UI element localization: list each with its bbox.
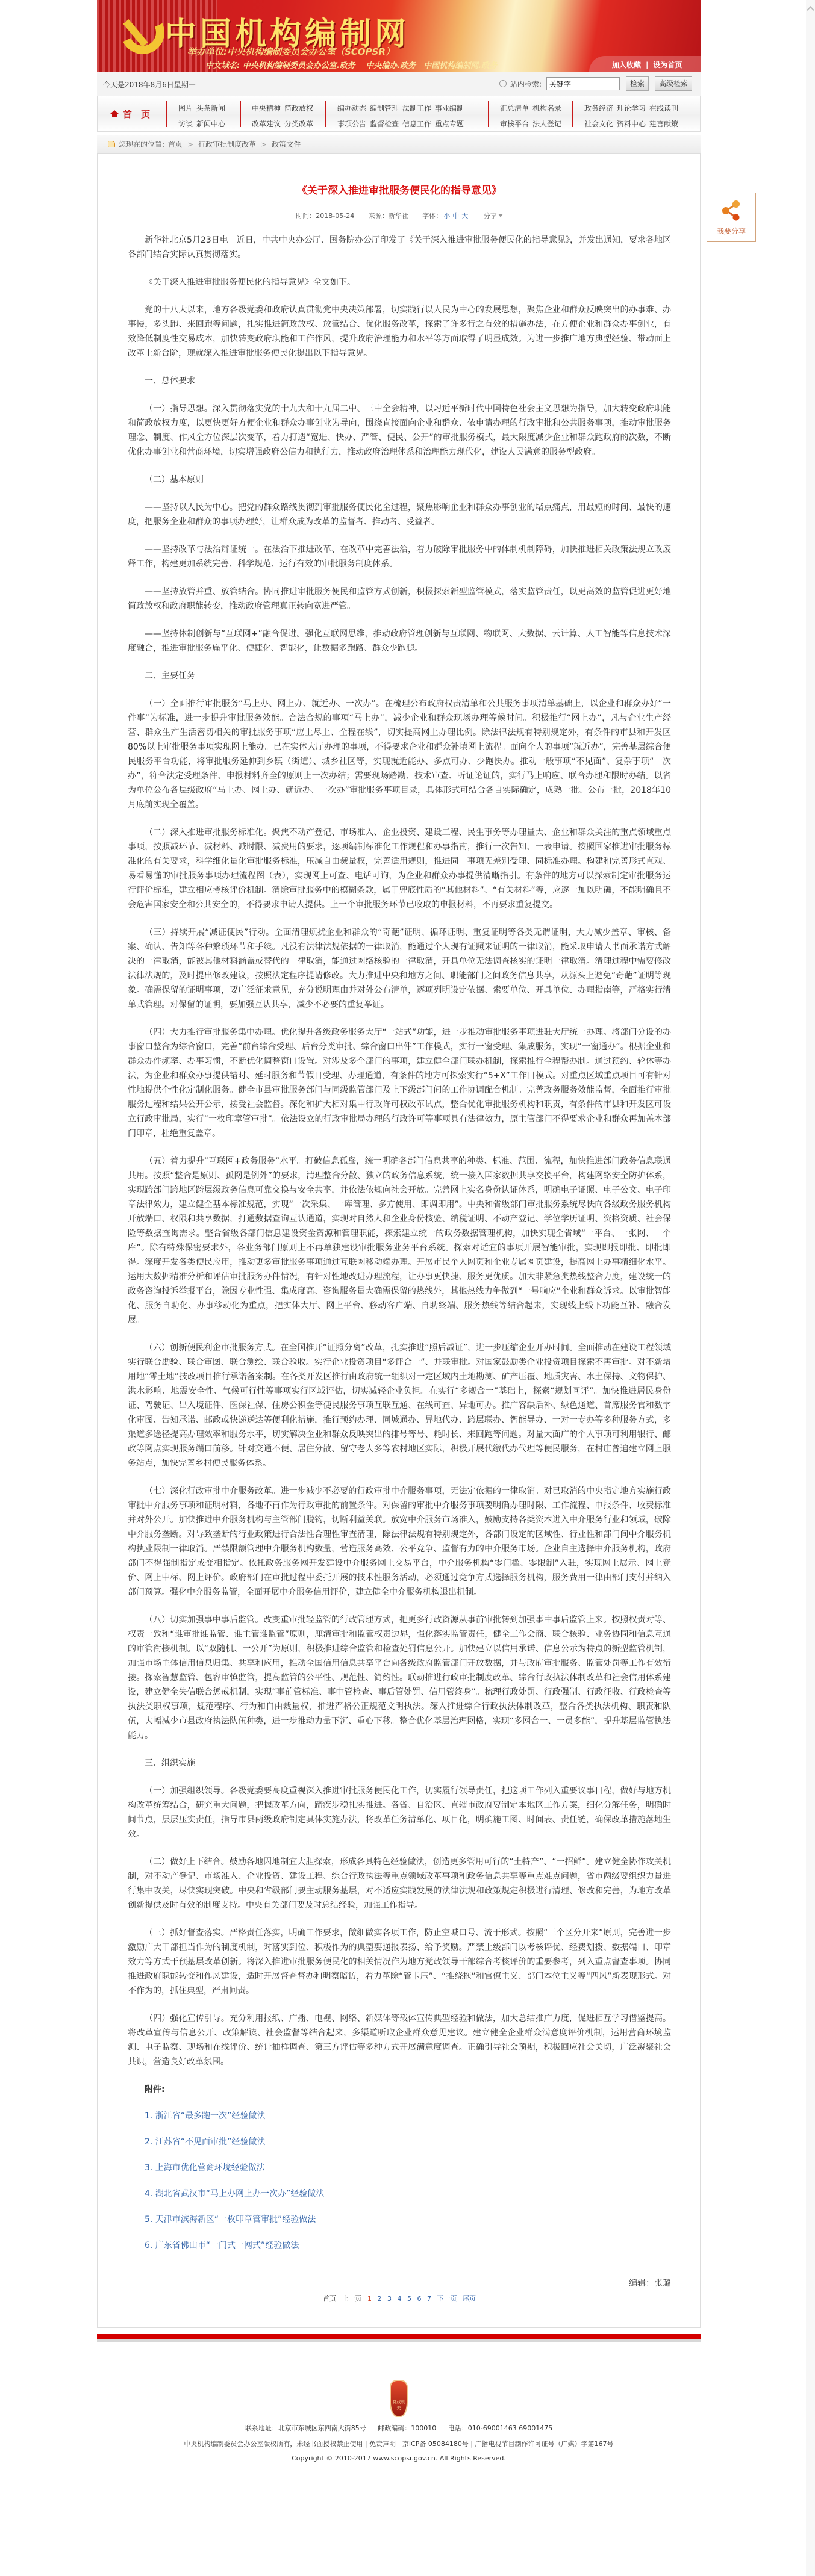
paragraph: （一）指导思想。深入贯彻落实党的十九大和十九届二中、三中全会精神，以习近平新时代…	[128, 402, 671, 459]
paragraph: （二）深入推进审批服务标准化。聚焦不动产登记、市场准入、企业投资、建设工程、民生…	[128, 825, 671, 912]
nav-item[interactable]: 在线读刊	[649, 103, 678, 113]
paragraph: （八）切实加强事中事后监管。改变重审批轻监管的行政管理方式，把更多行政资源从事前…	[128, 1613, 671, 1743]
breadcrumb-category[interactable]: 行政审批制度改革	[198, 139, 256, 149]
search-button[interactable]: 检索	[626, 76, 649, 91]
share-float-button[interactable]: 我要分享	[707, 193, 756, 242]
footer-red-bar	[97, 2334, 701, 2339]
section-heading: 二、主要任务	[128, 669, 671, 683]
nav-item[interactable]: 社会文化	[584, 119, 613, 129]
share-icon	[719, 199, 743, 222]
nav-item[interactable]: 图片	[178, 103, 193, 113]
share-label: 我要分享	[707, 226, 755, 236]
nav-item[interactable]: 事业编制	[435, 103, 464, 113]
paragraph: 新华社北京5月23日电 近日，中共中央办公厅、国务院办公厅印发了《关于深入推进审…	[128, 233, 671, 262]
set-homepage-link[interactable]: 设为首页	[653, 61, 682, 69]
nav-group-5: 政务经济理论学习在线读刊 社会文化资料中心建言献策	[572, 101, 687, 127]
main-nav: 首 页 图片头条新闻 访谈新闻中心 中央精神简政放权 改革建议分类改革 编办动态…	[97, 96, 701, 132]
attachment-item: 4. 湖北省武汉市“马上办网上办一次办”经验做法	[128, 2186, 671, 2201]
site-search: 站内检索: 检索 高级检索	[499, 76, 692, 91]
search-input[interactable]	[546, 77, 620, 90]
nav-item[interactable]: 监督检查	[370, 119, 399, 129]
paragraph: （三）抓好督查落实。严格责任落实，明确工作要求，做细做实各项工作，防止空喊口号、…	[128, 1926, 671, 1998]
section-heading: 三、组织实施	[128, 1756, 671, 1771]
paragraph: （二）做好上下结合。鼓励各地因地制宜大胆探索，形成各具特色经验做法，创造更多管用…	[128, 1855, 671, 1913]
footer: 党政机关 联系地址：北京市东城区东四南大街85号 邮政编码：100010 电话：…	[97, 2380, 701, 2462]
attachment-link-6[interactable]: 6. 广东省佛山市“一门式一网式”经验做法	[145, 2241, 299, 2250]
font-medium[interactable]: 中	[452, 212, 459, 220]
scroll-up-icon[interactable]	[807, 6, 814, 14]
breadcrumb: 您现在的位置: 首页 > 行政审批制度改革 > 政策文件	[97, 135, 701, 154]
font-label: 字体：	[422, 212, 442, 220]
article-box: 《关于深入推进审批服务便民化的指导意见》 时间：2018-05-24 来源：新华…	[97, 154, 701, 2328]
footer-rights: 中央机构编制委员会办公室版权所有，未经书面授权禁止使用 | 免责声明 | 京IC…	[97, 2439, 701, 2448]
subsection-heading: （二）基本原则	[128, 473, 671, 487]
page-scrollbar[interactable]	[806, 0, 815, 2576]
footer-address: 联系地址：北京市东城区东四南大街85号	[245, 2424, 366, 2432]
font-large[interactable]: 大	[461, 212, 468, 220]
nav-item[interactable]: 简政放权	[284, 103, 313, 113]
paragraph: 《关于深入推进审批服务便民化的指导意见》全文如下。	[128, 275, 671, 290]
breadcrumb-sep: >	[187, 140, 193, 149]
attachment-item: 6. 广东省佛山市“一门式一网式”经验做法	[128, 2238, 671, 2253]
pager-page[interactable]: 5	[407, 2295, 411, 2303]
domain-names: 中文域名: 中央机构编制委员会办公室.政务 中央编办.政务 中国机构编制网.政务	[205, 59, 497, 70]
nav-item[interactable]: 改革建议	[252, 119, 281, 129]
article-source: 来源：新华社	[369, 212, 408, 220]
paragraph: ——坚持改革与法治辩证统一。在法治下推进改革、在改革中完善法治，着力破除审批服务…	[128, 542, 671, 571]
badge-text: 党政机关	[391, 2399, 407, 2411]
party-agency-badge-icon[interactable]: 党政机关	[390, 2380, 408, 2417]
breadcrumb-sep: >	[261, 140, 267, 149]
attachments-label: 附件:	[128, 2082, 671, 2097]
site-banner: 中国机构编制网 举办单位:中央机构编制委员会办公室（SCOPSR） 中文域名: …	[97, 0, 701, 72]
attachment-item: 5. 天津市滨海新区“一枚印章管审批”经验做法	[128, 2212, 671, 2227]
pagination: 首页 上一页 1 2 3 4 5 6 7 下一页 尾页	[128, 2294, 671, 2303]
attachment-link-4[interactable]: 4. 湖北省武汉市“马上办网上办一次办”经验做法	[145, 2189, 324, 2199]
thumbs-up-icon	[108, 141, 115, 147]
section-heading: 一、总体要求	[128, 374, 671, 388]
separator: |	[646, 61, 648, 69]
pager-first[interactable]: 首页	[323, 2295, 336, 2303]
pager-next[interactable]: 下一页	[437, 2295, 457, 2303]
footer-phone: 电话：010-69001463 69001475	[448, 2424, 552, 2432]
editor-credit: 编辑：张璐	[128, 2277, 671, 2289]
sponsor-text: 举办单位:中央机构编制委员会办公室（SCOPSR）	[187, 45, 395, 58]
nav-item[interactable]: 法制工作	[402, 103, 431, 113]
share-dropdown[interactable]: 分享	[484, 212, 503, 220]
pager-page-current[interactable]: 1	[367, 2295, 372, 2303]
nav-group-3: 编办动态编制管理法制工作事业编制 事项公告监督检查信息工作重点专题	[325, 101, 488, 127]
advanced-search-button[interactable]: 高级检索	[655, 76, 692, 91]
article-body: 新华社北京5月23日电 近日，中共中央办公厅、国务院办公厅印发了《关于深入推进审…	[128, 233, 671, 2253]
nav-group-1: 图片头条新闻 访谈新闻中心	[166, 101, 240, 127]
search-label: 站内检索:	[510, 79, 542, 89]
nav-item[interactable]: 访谈	[178, 119, 193, 129]
attachment-item: 1. 浙江省“最多跑一次”经验做法	[128, 2109, 671, 2123]
font-size-switcher: 字体：小中大	[422, 212, 469, 220]
paragraph: （三）持续开展“减证便民”行动。全面清理烦扰企业和群众的“奇葩”证明、循环证明、…	[128, 925, 671, 1012]
breadcrumb-current[interactable]: 政策文件	[272, 139, 301, 149]
attachment-item: 3. 上海市优化营商环境经验做法	[128, 2161, 671, 2175]
page-container: 中国机构编制网 举办单位:中央机构编制委员会办公室（SCOPSR） 中文域名: …	[97, 0, 701, 2462]
paragraph: （六）创新便民利企审批服务方式。在全国推开“证照分离”改革，扎实推进“照后减证”…	[128, 1341, 671, 1471]
nav-item[interactable]: 分类改革	[284, 119, 313, 129]
home-icon	[111, 110, 118, 117]
attachment-link-2[interactable]: 2. 江苏省“不见面审批”经验做法	[145, 2137, 265, 2147]
nav-item[interactable]: 信息工作	[402, 119, 431, 129]
search-bar: 今天是2018年8月6日星期一 站内检索: 检索 高级检索	[97, 72, 701, 96]
paragraph: ——坚持放管并重、放管结合。协同推进审批服务便民和监管方式创新，积极探索新型监管…	[128, 585, 671, 613]
attachment-link-3[interactable]: 3. 上海市优化营商环境经验做法	[145, 2163, 265, 2173]
nav-item[interactable]: 汇总清单	[500, 103, 529, 113]
attachment-link-5[interactable]: 5. 天津市滨海新区“一枚印章管审批”经验做法	[145, 2215, 316, 2224]
favorite-bar: 加入收藏|设为首页	[589, 56, 701, 72]
paragraph: （一）加强组织领导。各级党委要高度重视深入推进审批服务便民化工作，切实履行领导责…	[128, 1784, 671, 1842]
pager-page[interactable]: 6	[417, 2295, 422, 2303]
pager-page[interactable]: 7	[427, 2295, 431, 2303]
pager-prev[interactable]: 上一页	[342, 2295, 362, 2303]
nav-item[interactable]: 中央精神	[252, 103, 281, 113]
paragraph: （一）全面推行审批服务“马上办、网上办、就近办、一次办”。在梳理公布政府权责清单…	[128, 697, 671, 812]
nav-item[interactable]: 新闻中心	[196, 119, 225, 129]
nav-item[interactable]: 政务经济	[584, 103, 613, 113]
nav-item[interactable]: 法人登记	[532, 119, 561, 129]
nav-item[interactable]: 机构名录	[532, 103, 561, 113]
breadcrumb-home[interactable]: 首页	[168, 139, 183, 149]
nav-group-2: 中央精神简政放权 改革建议分类改革	[240, 101, 325, 127]
nav-item[interactable]: 头条新闻	[196, 103, 225, 113]
publish-time: 时间：2018-05-24	[296, 212, 354, 220]
paragraph: ——坚持体制创新与“互联网+”融合促进。强化互联网思维，推动政府管理创新与互联网…	[128, 627, 671, 656]
nav-item[interactable]: 编办动态	[337, 103, 366, 113]
article-meta: 时间：2018-05-24 来源：新华社 字体：小中大 分享	[128, 205, 671, 220]
attachment-link-1[interactable]: 1. 浙江省“最多跑一次”经验做法	[145, 2111, 265, 2121]
paragraph: ——坚持以人民为中心。把党的群众路线贯彻到审批服务便民化全过程，聚焦影响企业和群…	[128, 500, 671, 529]
nav-group-4: 汇总清单机构名录 审核平台法人登记	[488, 101, 572, 127]
nav-item[interactable]: 重点专题	[435, 119, 464, 129]
footer-copyright: Copyright © 2010-2017 www.scopsr.gov.cn.…	[97, 2454, 701, 2462]
breadcrumb-label: 您现在的位置:	[119, 139, 164, 149]
pager-page[interactable]: 2	[378, 2295, 382, 2303]
attachment-item: 2. 江苏省“不见面审批”经验做法	[128, 2135, 671, 2149]
paragraph: （七）深化行政审批中介服务改革。进一步减少不必要的行政审批中介服务事项，无法定依…	[128, 1484, 671, 1600]
paragraph: （五）着力提升“互联网+政务服务”水平。打破信息孤岛，统一明确各部门信息共享的种…	[128, 1154, 671, 1327]
current-date: 今天是2018年8月6日星期一	[103, 79, 196, 90]
nav-item[interactable]: 审核平台	[500, 119, 529, 129]
font-small[interactable]: 小	[443, 212, 450, 220]
paragraph: （四）强化宣传引导。充分利用报纸、广播、电视、网络、新媒体等载体宣传典型经验和做…	[128, 2011, 671, 2069]
footer-grey-bar	[97, 2339, 701, 2342]
nav-home-label: 首 页	[123, 108, 153, 120]
add-favorite-link[interactable]: 加入收藏	[612, 61, 641, 69]
pager-page[interactable]: 4	[398, 2295, 402, 2303]
article-title: 《关于深入推进审批服务便民化的指导意见》	[128, 154, 671, 205]
pager-page[interactable]: 3	[387, 2295, 392, 2303]
nav-item[interactable]: 资料中心	[617, 119, 646, 129]
nav-item[interactable]: 事项公告	[337, 119, 366, 129]
nav-item[interactable]: 编制管理	[370, 103, 399, 113]
paragraph: 党的十八大以来，地方各级党委和政府认真贯彻党中央决策部署，切实践行以人民为中心的…	[128, 303, 671, 361]
search-icon	[499, 80, 507, 87]
nav-item[interactable]: 理论学习	[617, 103, 646, 113]
nav-item[interactable]: 建言献策	[649, 119, 678, 129]
footer-postcode: 邮政编码：100010	[378, 2424, 436, 2432]
footer-contact: 联系地址：北京市东城区东四南大街85号 邮政编码：100010 电话：010-6…	[97, 2423, 701, 2433]
paragraph: （四）大力推行审批服务集中办理。优化提升各级政务服务大厅“一站式”功能，进一步推…	[128, 1025, 671, 1141]
nav-home[interactable]: 首 页	[98, 108, 166, 120]
pager-last[interactable]: 尾页	[463, 2295, 476, 2303]
